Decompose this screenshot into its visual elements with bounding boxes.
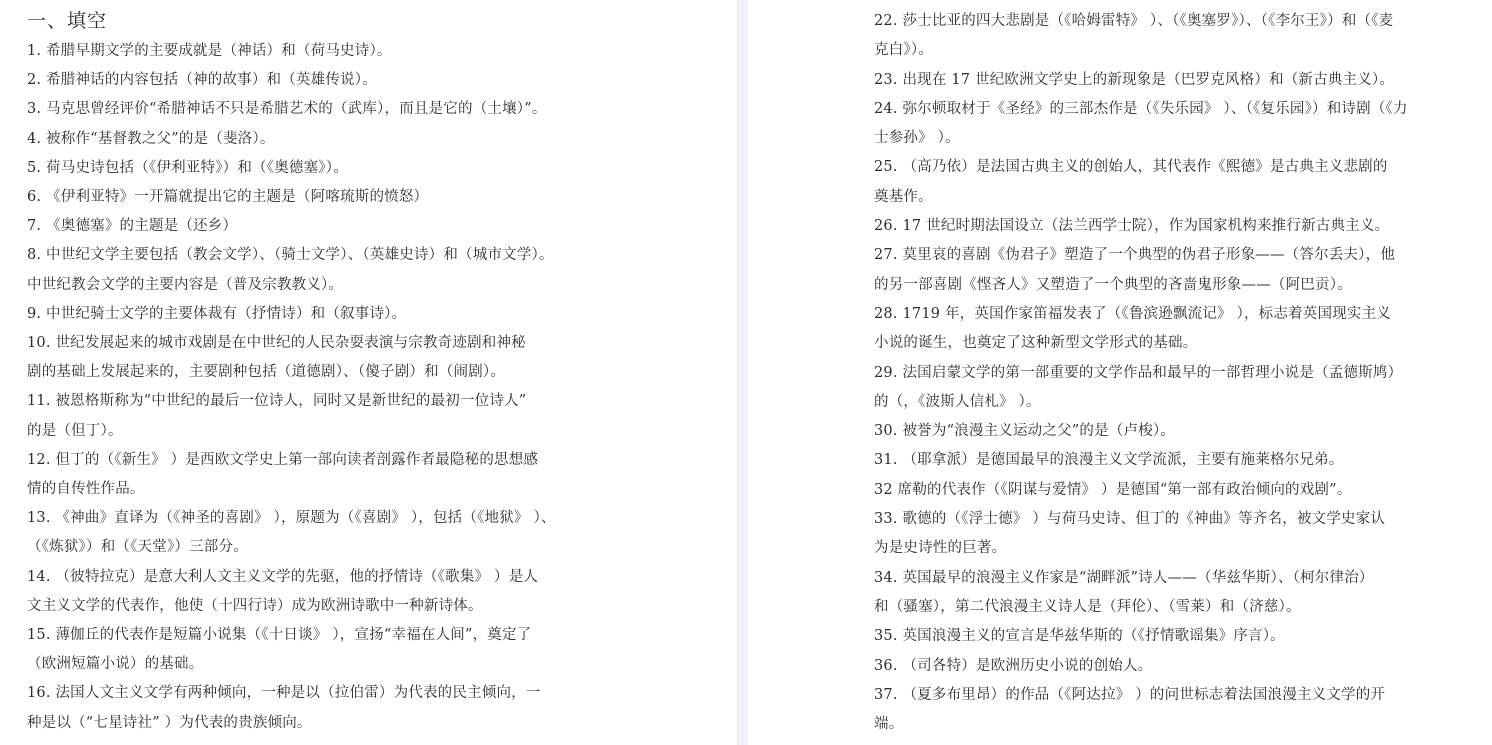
text-line: 31. （耶拿派）是德国最早的浪漫主义文学流派，主要有施莱格尔兄弟。 xyxy=(874,446,1468,475)
text-line: 10. 世纪发展起来的城市戏剧是在中世纪的人民杂耍表演与宗教奇迹剧和神秘 xyxy=(27,329,627,358)
text-line: 克白》）。 xyxy=(874,36,1468,65)
text-line: 30. 被誉为“浪漫主义运动之父”的是（卢梭）。 xyxy=(874,417,1468,446)
text-line: 奠基作。 xyxy=(874,183,1468,212)
text-line: 23. 出现在 17 世纪欧洲文学史上的新现象是（巴罗克风格）和（新古典主义）。 xyxy=(874,66,1468,95)
text-line: 7. 《奥德塞》的主题是（还乡） xyxy=(27,212,627,241)
text-line: 9. 中世纪骑士文学的主要体裁有（抒情诗）和（叙事诗）。 xyxy=(27,300,627,329)
page-gutter xyxy=(737,0,748,745)
text-line: 35. 英国浪漫主义的宣言是华兹华斯的（《抒情歌谣集》序言）。 xyxy=(874,622,1468,651)
text-line: 29. 法国启蒙文学的第一部重要的文学作品和最早的一部哲理小说是（孟德斯鸠） xyxy=(874,359,1468,388)
text-line: 2. 希腊神话的内容包括（神的故事）和（英雄传说）。 xyxy=(27,66,627,95)
text-line: 15. 薄伽丘的代表作是短篇小说集（《十日谈》 ），宣扬“幸福在人间”，奠定了 xyxy=(27,621,627,650)
text-line: 14. （彼特拉克）是意大利人文主义文学的先驱，他的抒情诗（《歌集》 ）是人 xyxy=(27,563,627,592)
text-line: 5. 荷马史诗包括（《伊利亚特》）和（《奥德塞》）。 xyxy=(27,154,627,183)
text-line: 的是（但丁）。 xyxy=(27,417,627,446)
text-line: 文主义文学的代表作，他使（十四行诗）成为欧洲诗歌中一种新诗体。 xyxy=(27,592,627,621)
text-line: 为是史诗性的巨著。 xyxy=(874,534,1468,563)
text-line: 情的自传性作品。 xyxy=(27,475,627,504)
text-line: 13. 《神曲》直译为（《神圣的喜剧》 ），原题为（《喜剧》 ），包括（《地狱》… xyxy=(27,504,627,533)
text-line: 种是以（“七星诗社” ）为代表的贵族倾向。 xyxy=(27,709,627,738)
text-line: 33. 歌德的（《浮士德》 ）与荷马史诗、但丁的《神曲》等齐名，被文学史家认 xyxy=(874,505,1468,534)
text-line: 小说的诞生，也奠定了这种新型文学形式的基础。 xyxy=(874,329,1468,358)
text-line: 的（，《波斯人信札》 ）。 xyxy=(874,388,1468,417)
text-line: 6. 《伊利亚特》一开篇就提出它的主题是（阿喀琉斯的愤怒） xyxy=(27,183,627,212)
document-viewer: 一、填空 1. 希腊早期文学的主要成就是（神话）和（荷马史诗）。 2. 希腊神话… xyxy=(0,0,1492,745)
text-line: 8. 中世纪文学主要包括（教会文学）、（骑士文学）、（英雄史诗）和（城市文学）。 xyxy=(27,241,627,270)
text-line: 1. 希腊早期文学的主要成就是（神话）和（荷马史诗）。 xyxy=(27,37,627,66)
text-line: 27. 莫里哀的喜剧《伪君子》塑造了一个典型的伪君子形象——（答尔丢夫），他 xyxy=(874,241,1468,270)
text-line: 34. 英国最早的浪漫主义作家是“湖畔派”诗人——（华兹华斯）、（柯尔律治） xyxy=(874,564,1468,593)
text-line: 12. 但丁的（《新生》 ）是西欧文学史上第一部向读者剖露作者最隐秘的思想感 xyxy=(27,446,627,475)
text-line: 37. （夏多布里昂）的作品（《阿达拉》 ）的问世标志着法国浪漫主义文学的开 xyxy=(874,681,1468,710)
text-line: 24. 弥尔顿取材于《圣经》的三部杰作是（《失乐园》 ）、（《复乐园》）和诗剧（… xyxy=(874,95,1468,124)
text-line: 剧的基础上发展起来的，主要剧种包括（道德剧）、（傻子剧）和（闹剧）。 xyxy=(27,358,627,387)
text-line: 16. 法国人文主义文学有两种倾向，一种是以（拉伯雷）为代表的民主倾向，一 xyxy=(27,679,627,708)
text-line: 22. 莎士比亚的四大悲剧是（《哈姆雷特》 ）、（《奥塞罗》）、（《李尔王》）和… xyxy=(874,7,1468,36)
text-line: 的另一部喜剧《悭吝人》又塑造了一个典型的吝啬鬼形象——（阿巴贡）。 xyxy=(874,271,1468,300)
text-line: 士参孙》 ）。 xyxy=(874,124,1468,153)
text-line: 25. （高乃依）是法国古典主义的创始人，其代表作《熙德》是古典主义悲剧的 xyxy=(874,153,1468,182)
text-line: 中世纪教会文学的主要内容是（普及宗教教义）。 xyxy=(27,271,627,300)
text-line: 和（骚塞），第二代浪漫主义诗人是（拜伦）、（雪莱）和（济慈）。 xyxy=(874,593,1468,622)
text-line: （《炼狱》）和（《天堂》）三部分。 xyxy=(27,533,627,562)
page-left: 一、填空 1. 希腊早期文学的主要成就是（神话）和（荷马史诗）。 2. 希腊神话… xyxy=(0,0,737,745)
text-line: （欧洲短篇小说）的基础。 xyxy=(27,650,627,679)
text-line: 端。 xyxy=(874,710,1468,739)
text-line: 4. 被称作“基督教之父”的是（斐洛）。 xyxy=(27,125,627,154)
text-line: 3. 马克思曾经评价“希腊神话不只是希腊艺术的（武库），而且是它的（土壤）”。 xyxy=(27,95,627,124)
text-line: 26. 17 世纪时期法国设立（法兰西学士院），作为国家机构来推行新古典主义。 xyxy=(874,212,1468,241)
text-line: 32 席勒的代表作（《阴谋与爱情》 ）是德国“第一部有政治倾向的戏剧”。 xyxy=(874,476,1468,505)
section-title: 一、填空 xyxy=(27,8,627,34)
page-top-margin xyxy=(874,0,1468,7)
text-line: 36. （司各特）是欧洲历史小说的创始人。 xyxy=(874,652,1468,681)
page-right: 22. 莎士比亚的四大悲剧是（《哈姆雷特》 ）、（《奥塞罗》）、（《李尔王》）和… xyxy=(748,0,1492,745)
text-line: 28. 1719 年，英国作家笛福发表了（《鲁滨逊飘流记》 ），标志着英国现实主… xyxy=(874,300,1468,329)
text-line: 11. 被恩格斯称为“中世纪的最后一位诗人，同时又是新世纪的最初一位诗人” xyxy=(27,387,627,416)
